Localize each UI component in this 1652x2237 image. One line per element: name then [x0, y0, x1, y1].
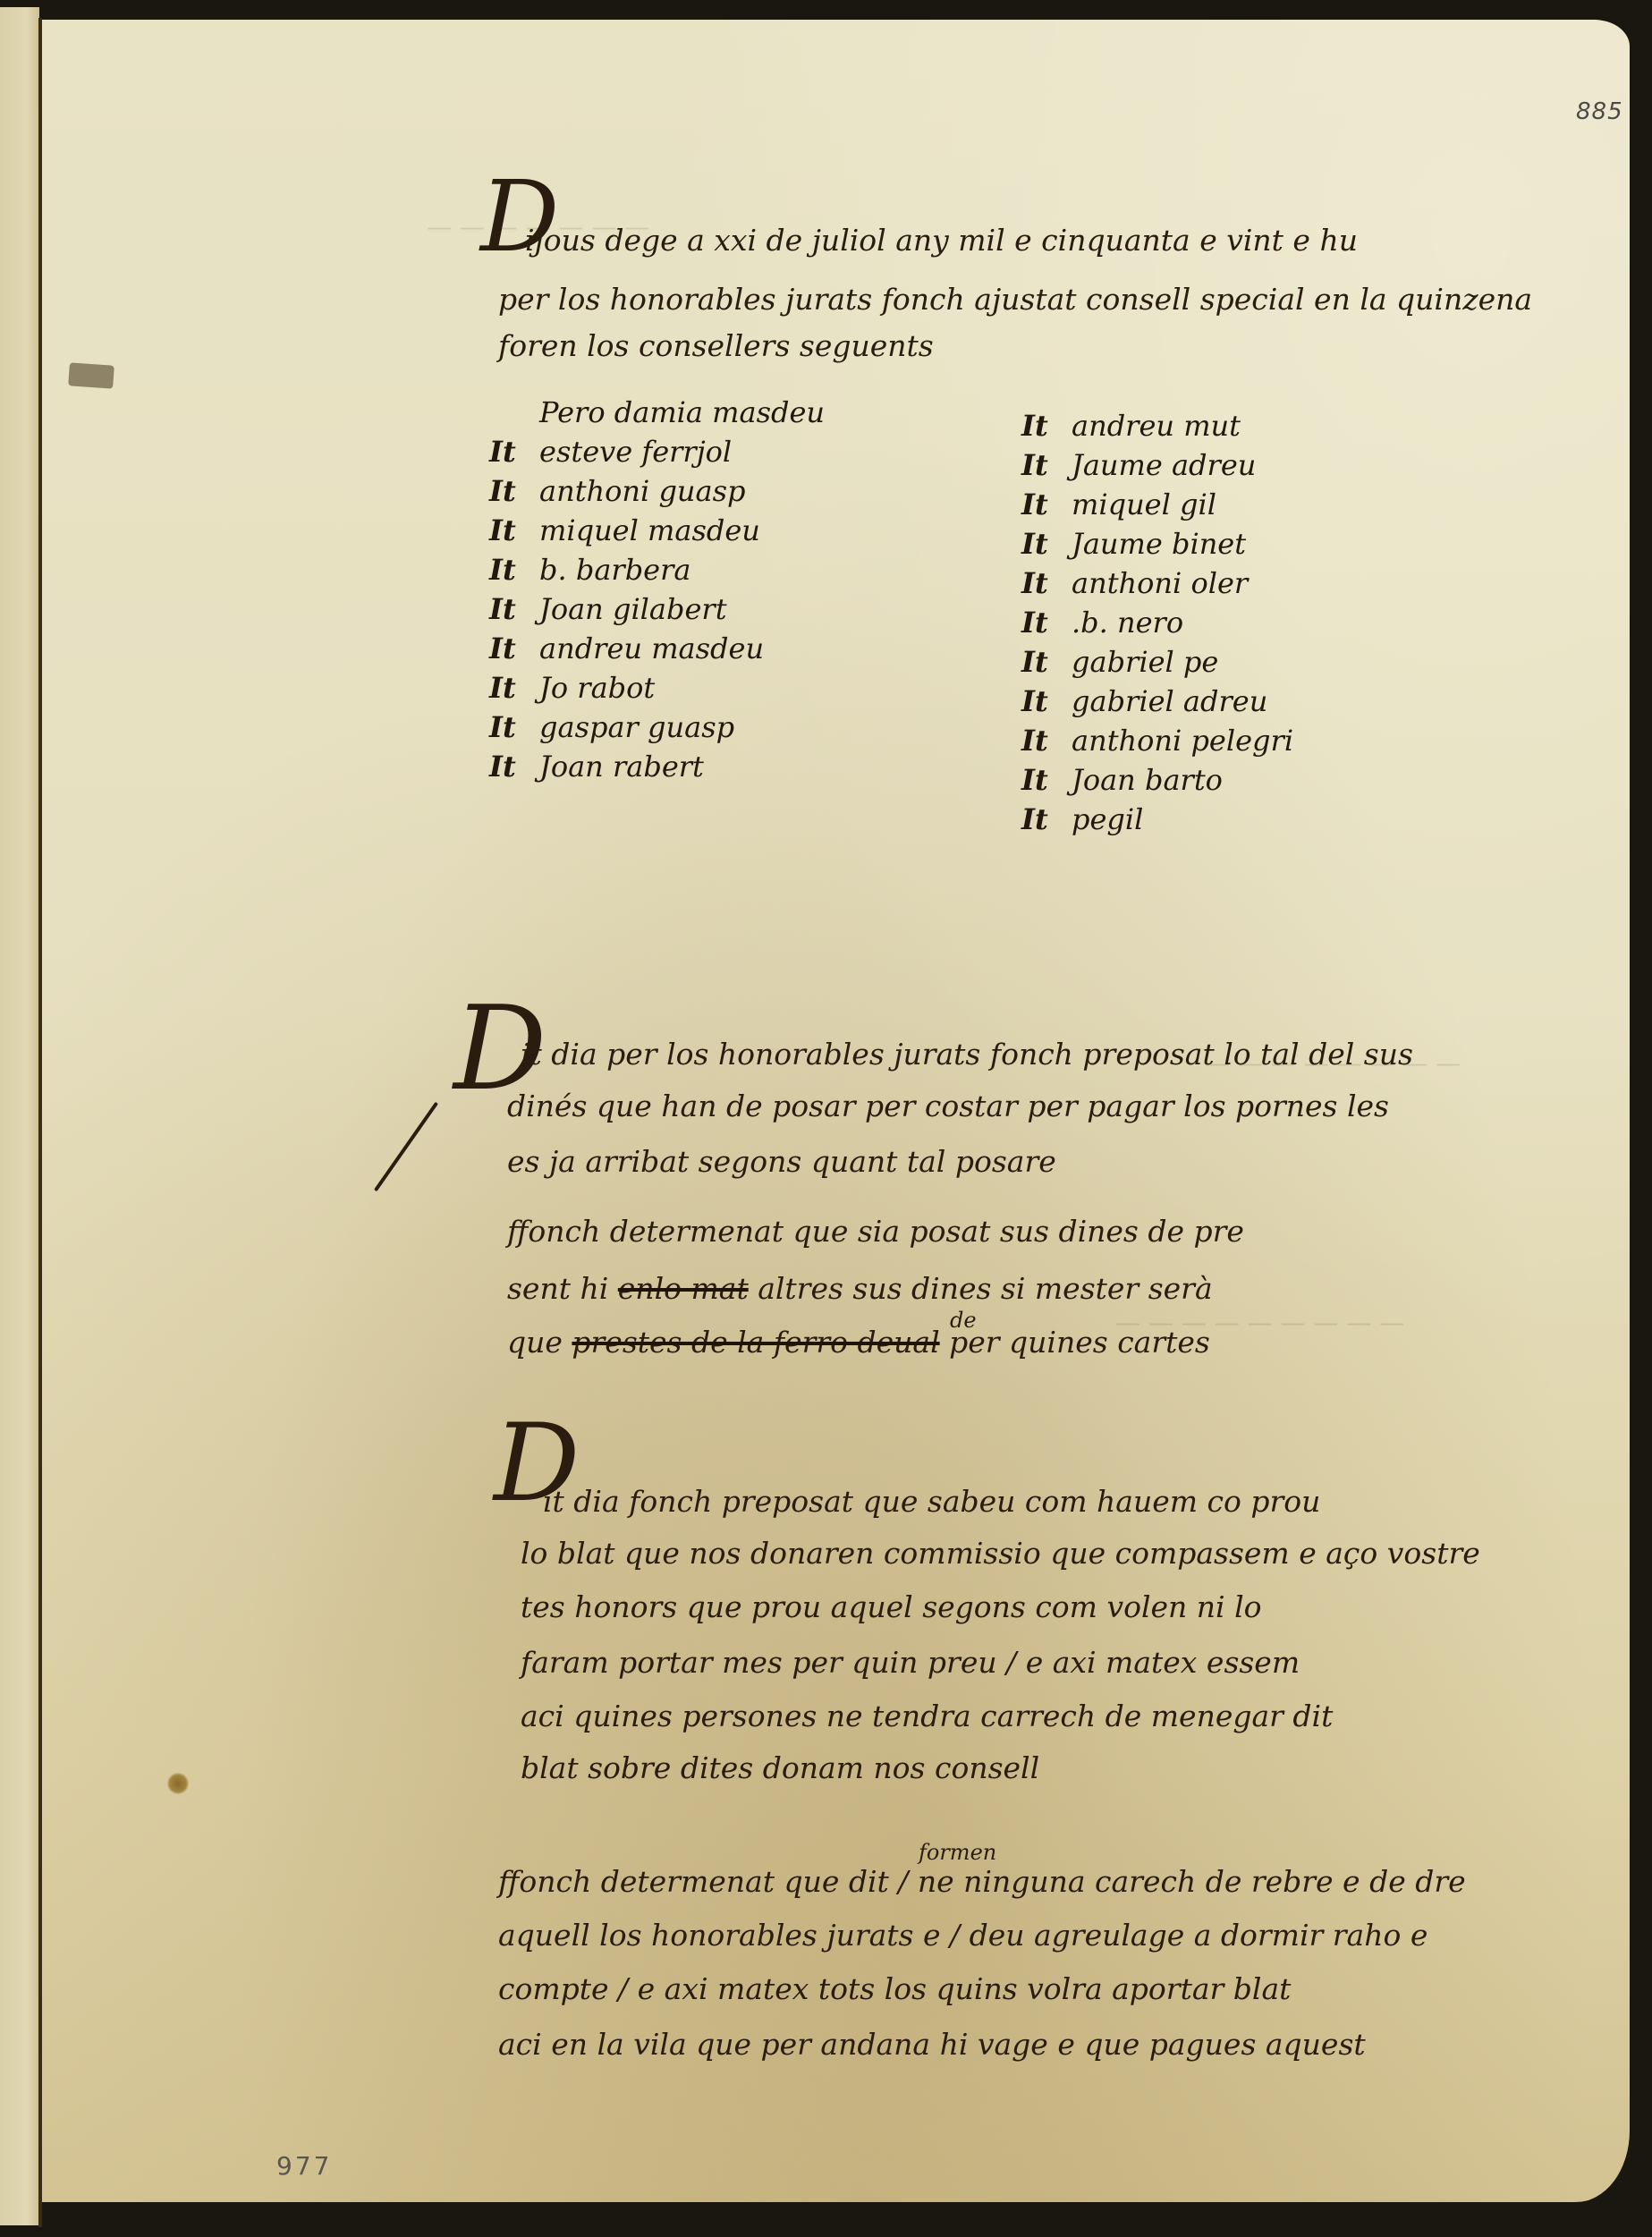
text-line: foren los consellers seguents — [498, 331, 934, 360]
cancelled-text: enlo mat — [618, 1271, 749, 1306]
councillor-entry: It.b. nero — [1021, 606, 1293, 645]
text-line: dinés que han de posar per costar per pa… — [507, 1091, 1389, 1121]
councillor-entry: Itmiquel gil — [1021, 487, 1293, 527]
ink-stain — [167, 1773, 189, 1794]
councillor-entry: Itanthoni pelegri — [1021, 724, 1293, 763]
text-line: ffonch determenat que sia posat sus dine… — [507, 1216, 1244, 1246]
councillor-entry: Itpegil — [1021, 802, 1293, 842]
councillor-entry: ItJoan gilabert — [489, 592, 825, 631]
text-line: aquell los honorables jurats e / deu agr… — [498, 1920, 1427, 1950]
text-line: per los honorables jurats fonch ajustat … — [498, 284, 1532, 314]
councillor-entry: ItJaume adreu — [1021, 448, 1293, 487]
text-line: aci quines persones ne tendra carrech de… — [521, 1701, 1333, 1731]
text-line: que prestes de la ferro deual per quines… — [507, 1327, 1210, 1357]
manuscript-page: — — — — — — — — — — — — — — — — — — — — … — [42, 20, 1630, 2202]
councillor-entry: Itanthoni oler — [1021, 566, 1293, 606]
councillor-entry: Itgabriel pe — [1021, 645, 1293, 684]
text-line: compte / e axi matex tots los quins volr… — [498, 1974, 1291, 2004]
councillor-list-left: Pero damia masdeu Itesteve ferrjol Itant… — [489, 395, 825, 789]
councillor-entry: ItJoan rabert — [489, 750, 825, 789]
text-line: it dia fonch preposat que sabeu com haue… — [543, 1487, 1320, 1516]
councillor-entry: Itb. barbera — [489, 553, 825, 592]
text-line: tes honors que prou aquel segons com vol… — [521, 1592, 1262, 1622]
councillor-entry: Itandreu masdeu — [489, 631, 825, 671]
text-line: lo blat que nos donaren commissio que co… — [521, 1538, 1480, 1568]
councillor-entry: Itmiquel masdeu — [489, 513, 825, 553]
archive-number: 977 — [276, 2151, 332, 2181]
text-line: ffonch determenat que dit / ne ninguna c… — [498, 1867, 1466, 1896]
folio-number: 885 — [1576, 98, 1623, 125]
councillor-entry: Itgaspar guasp — [489, 710, 825, 750]
councillor-entry: Itgabriel adreu — [1021, 684, 1293, 724]
councillor-entry: ItJo rabot — [489, 671, 825, 710]
paper-tab — [68, 362, 114, 388]
previous-leaf-edge — [0, 7, 39, 2225]
text-line: blat sobre dites donam nos consell — [521, 1753, 1039, 1783]
margin-mark — [374, 1102, 438, 1192]
text-line: faram portar mes per quin preu / e axi m… — [521, 1648, 1300, 1677]
councillor-entry: Itesteve ferrjol — [489, 435, 825, 474]
councillor-entry: ItJaume binet — [1021, 527, 1293, 566]
text-line: ijous dege a xxi de juliol any mil e cin… — [525, 225, 1358, 255]
text-line: aci en la vila que per andana hi vage e … — [498, 2029, 1366, 2059]
cancelled-text: prestes de la ferro deual — [572, 1325, 939, 1360]
text-line: it dia per los honorables jurats fonch p… — [521, 1039, 1413, 1069]
councillor-list-right: Itandreu mut ItJaume adreu Itmiquel gil … — [1021, 409, 1293, 842]
councillor-entry: ItJoan barto — [1021, 763, 1293, 802]
text-line: es ja arribat segons quant tal posare — [507, 1147, 1056, 1176]
councillor-entry: Itandreu mut — [1021, 409, 1293, 448]
text-line: sent hi enlo mat altres sus dines si mes… — [507, 1274, 1213, 1303]
councillor-entry: Itanthoni guasp — [489, 474, 825, 513]
councillor-entry: Pero damia masdeu — [489, 395, 825, 435]
interlinear-insertion: formen — [919, 1840, 996, 1865]
